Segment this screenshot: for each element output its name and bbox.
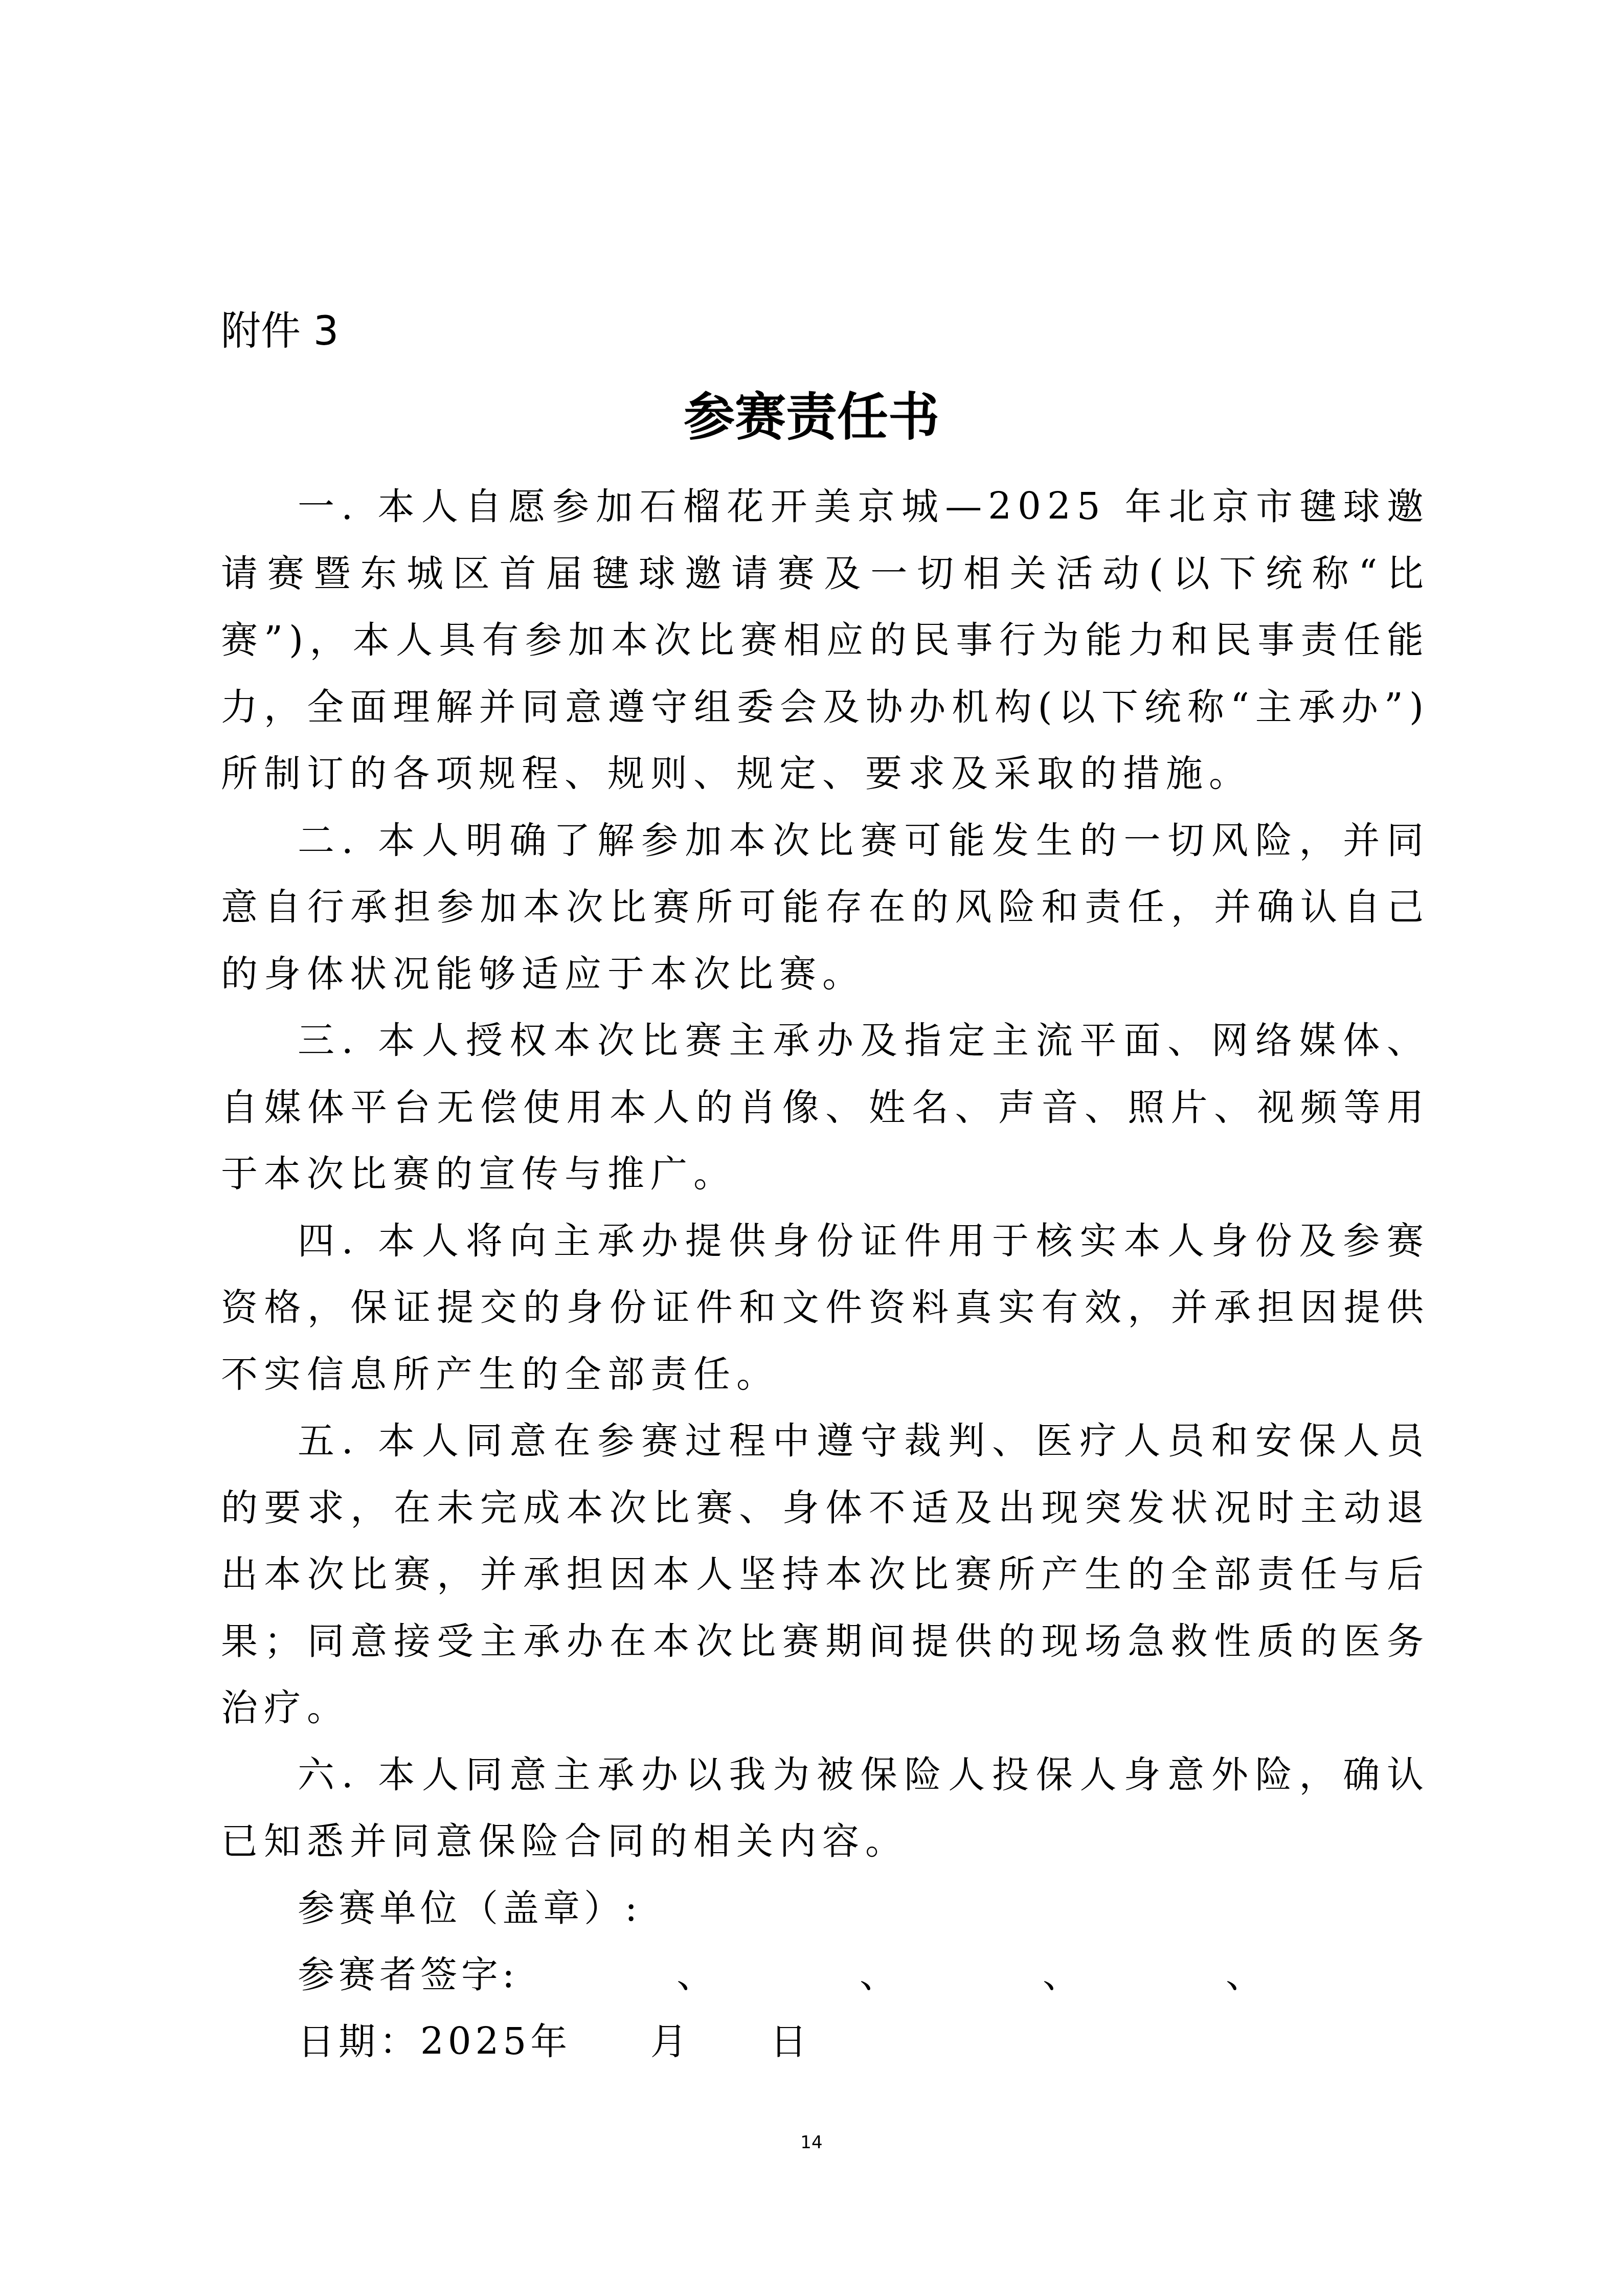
clause-3: 三. 本人授权本次比赛主承办及指定主流平面、网络媒体、自媒体平台无偿使用本人的肖… xyxy=(221,1007,1430,1207)
unit-stamp-line: 参赛单位（盖章）: xyxy=(221,1875,1430,1942)
document-title: 参赛责任书 xyxy=(0,376,1623,449)
clause-5: 五. 本人同意在参赛过程中遵守裁判、医疗人员和安保人员的要求，在未完成本次比赛、… xyxy=(221,1407,1430,1741)
document-body: 一. 本人自愿参加石榴花开美京城—2025 年北京市毽球邀请赛暨东城区首届毽球邀… xyxy=(221,473,1430,2075)
clause-2: 二. 本人明确了解参加本次比赛可能发生的一切风险，并同意自行承担参加本次比赛所可… xyxy=(221,807,1430,1007)
clause-1: 一. 本人自愿参加石榴花开美京城—2025 年北京市毽球邀请赛暨东城区首届毽球邀… xyxy=(221,473,1430,807)
clause-4: 四. 本人将向主承办提供身份证件用于核实本人身份及参赛资格，保证提交的身份证件和… xyxy=(221,1207,1430,1408)
signer-label: 参赛者签字: xyxy=(298,1953,519,1996)
clause-6: 六. 本人同意主承办以我为被保险人投保人身意外险，确认已知悉并同意保险合同的相关… xyxy=(221,1741,1430,1875)
signer-line: 参赛者签字: 、 、 、 、 xyxy=(221,1941,1430,2008)
attachment-label: 附件 3 xyxy=(221,299,339,356)
date-line: 日期：2025年 月 日 xyxy=(221,2008,1430,2075)
signer-blanks: 、 、 、 、 xyxy=(519,1953,1267,1996)
page-number: 14 xyxy=(0,2132,1623,2153)
